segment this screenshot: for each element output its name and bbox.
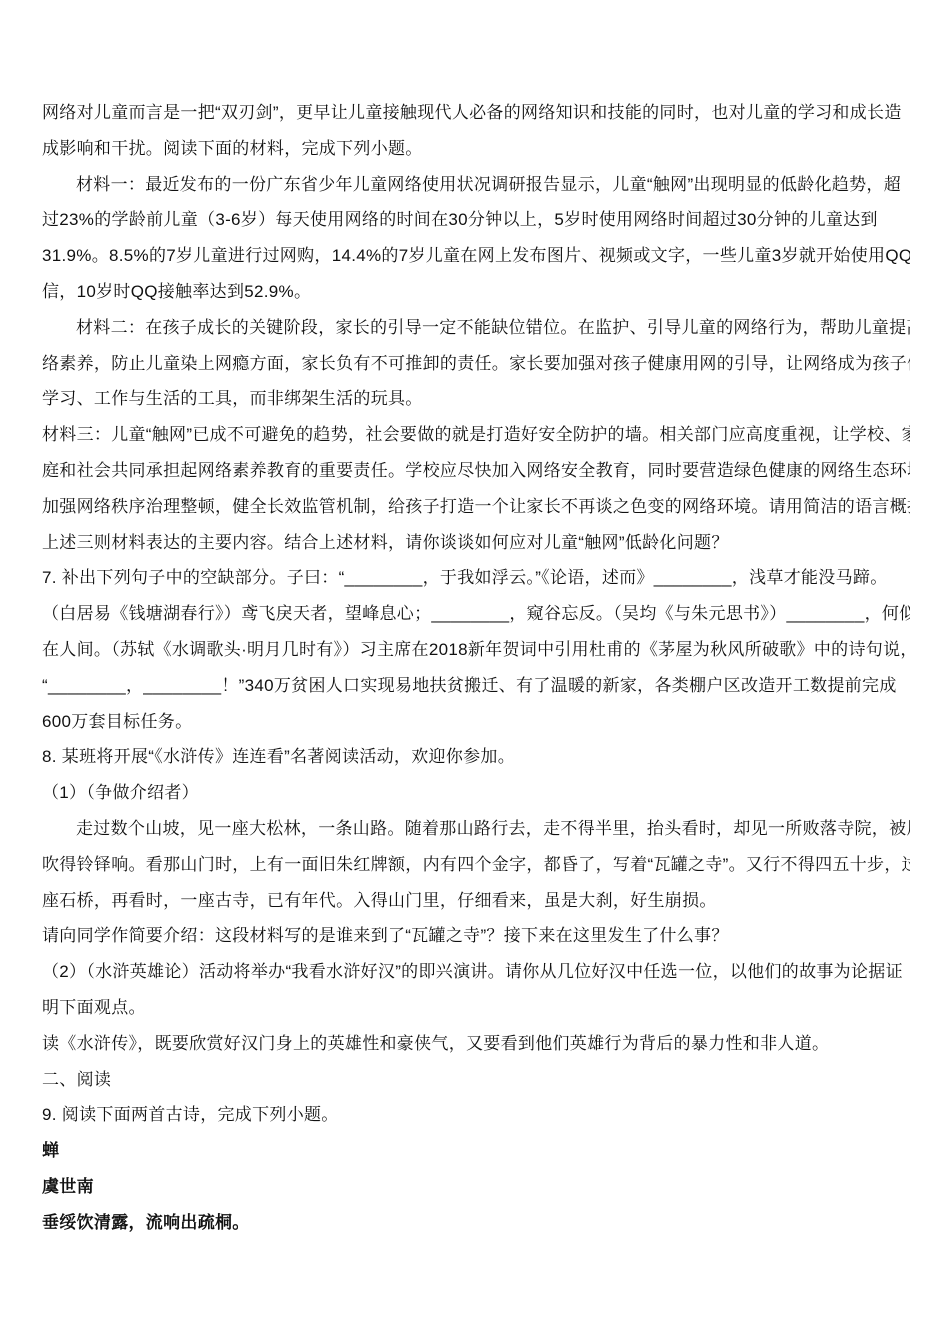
text-line: 上述三则材料表达的主要内容。结合上述材料，请你谈谈如何应对儿童“触网”低龄化问题… [42, 525, 910, 561]
text-line: 7. 补出下列句子中的空缺部分。子曰：“________，于我如浮云。”《论语，… [42, 560, 910, 596]
text-line: 材料二：在孩子成长的关键阶段，家长的引导一定不能缺位错位。在监护、引导儿童的网络… [42, 310, 910, 346]
document-body: 网络对儿童而言是一把“双刃剑”，更早让儿童接触现代人必备的网络知识和技能的同时，… [0, 0, 950, 1241]
text-line: 在人间。（苏轼《水调歌头·明月几时有》）习主席在2018新年贺词中引用杜甫的《茅… [42, 632, 910, 668]
text-line: 座石桥，再看时，一座古寺，已有年代。入得山门里，仔细看来，虽是大刹，好生崩损。 [42, 883, 910, 919]
text-line: 信，10岁时QQ接触率达到52.9%。 [42, 274, 910, 310]
text-line: 庭和社会共同承担起网络素养教育的重要责任。学校应尽快加入网络安全教育，同时要营造… [42, 453, 910, 489]
text-line: 9. 阅读下面两首古诗，完成下列小题。 [42, 1097, 910, 1133]
text-line: 成影响和干扰。阅读下面的材料，完成下列小题。 [42, 131, 910, 167]
text-line: 走过数个山坡，见一座大松林，一条山路。随着那山路行去，走不得半里，抬头看时，却见… [42, 811, 910, 847]
text-line: 学习、工作与生活的工具，而非绑架生活的玩具。 [42, 381, 910, 417]
text-line: 材料三：儿童“触网”已成不可避免的趋势，社会要做的就是打造好安全防护的墙。相关部… [42, 417, 910, 453]
text-line: 虞世南 [42, 1169, 910, 1205]
text-line: 过23%的学龄前儿童（3-6岁）每天使用网络的时间在30分钟以上，5岁时使用网络… [42, 202, 910, 238]
text-line: 吹得铃铎响。看那山门时，上有一面旧朱红牌额，内有四个金字，都昏了，写着“瓦罐之寺… [42, 847, 910, 883]
text-line: 请向同学作简要介绍：这段材料写的是谁来到了“瓦罐之寺”？接下来在这里发生了什么事… [42, 918, 910, 954]
text-line: 600万套目标任务。 [42, 704, 910, 740]
text-line: 读《水浒传》，既要欣赏好汉门身上的英雄性和豪侠气，又要看到他们英雄行为背后的暴力… [42, 1026, 910, 1062]
text-line: 31.9%。8.5%的7岁儿童进行过网购，14.4%的7岁儿童在网上发布图片、视… [42, 238, 910, 274]
text-line: 加强网络秩序治理整顿，健全长效监管机制，给孩子打造一个让家长不再谈之色变的网络环… [42, 489, 910, 525]
text-line: “________，________！”340万贫困人口实现易地扶贫搬迁、有了温… [42, 668, 910, 704]
text-line: 蝉 [42, 1133, 910, 1169]
text-line: 垂绥饮清露，流响出疏桐。 [42, 1205, 910, 1241]
text-line: 材料一：最近发布的一份广东省少年儿童网络使用状况调研报告显示，儿童“触网”出现明… [42, 167, 910, 203]
text-line: 二、阅读 [42, 1062, 910, 1098]
text-line: 明下面观点。 [42, 990, 910, 1026]
text-line: （白居易《钱塘湖春行》）鸢飞戾天者，望峰息心；________，窥谷忘反。（吴均… [42, 596, 910, 632]
exam-paper-page: 网络对儿童而言是一把“双刃剑”，更早让儿童接触现代人必备的网络知识和技能的同时，… [0, 0, 950, 1344]
text-line: 8. 某班将开展“《水浒传》连连看”名著阅读活动，欢迎你参加。 [42, 739, 910, 775]
text-line: 络素养，防止儿童染上网瘾方面，家长负有不可推卸的责任。家长要加强对孩子健康用网的… [42, 346, 910, 382]
text-line: 网络对儿童而言是一把“双刃剑”，更早让儿童接触现代人必备的网络知识和技能的同时，… [42, 95, 910, 131]
text-line: （2）（水浒英雄论）活动将举办“我看水浒好汉”的即兴演讲。请你从几位好汉中任选一… [42, 954, 910, 990]
text-line: （1）（争做介绍者） [42, 775, 910, 811]
